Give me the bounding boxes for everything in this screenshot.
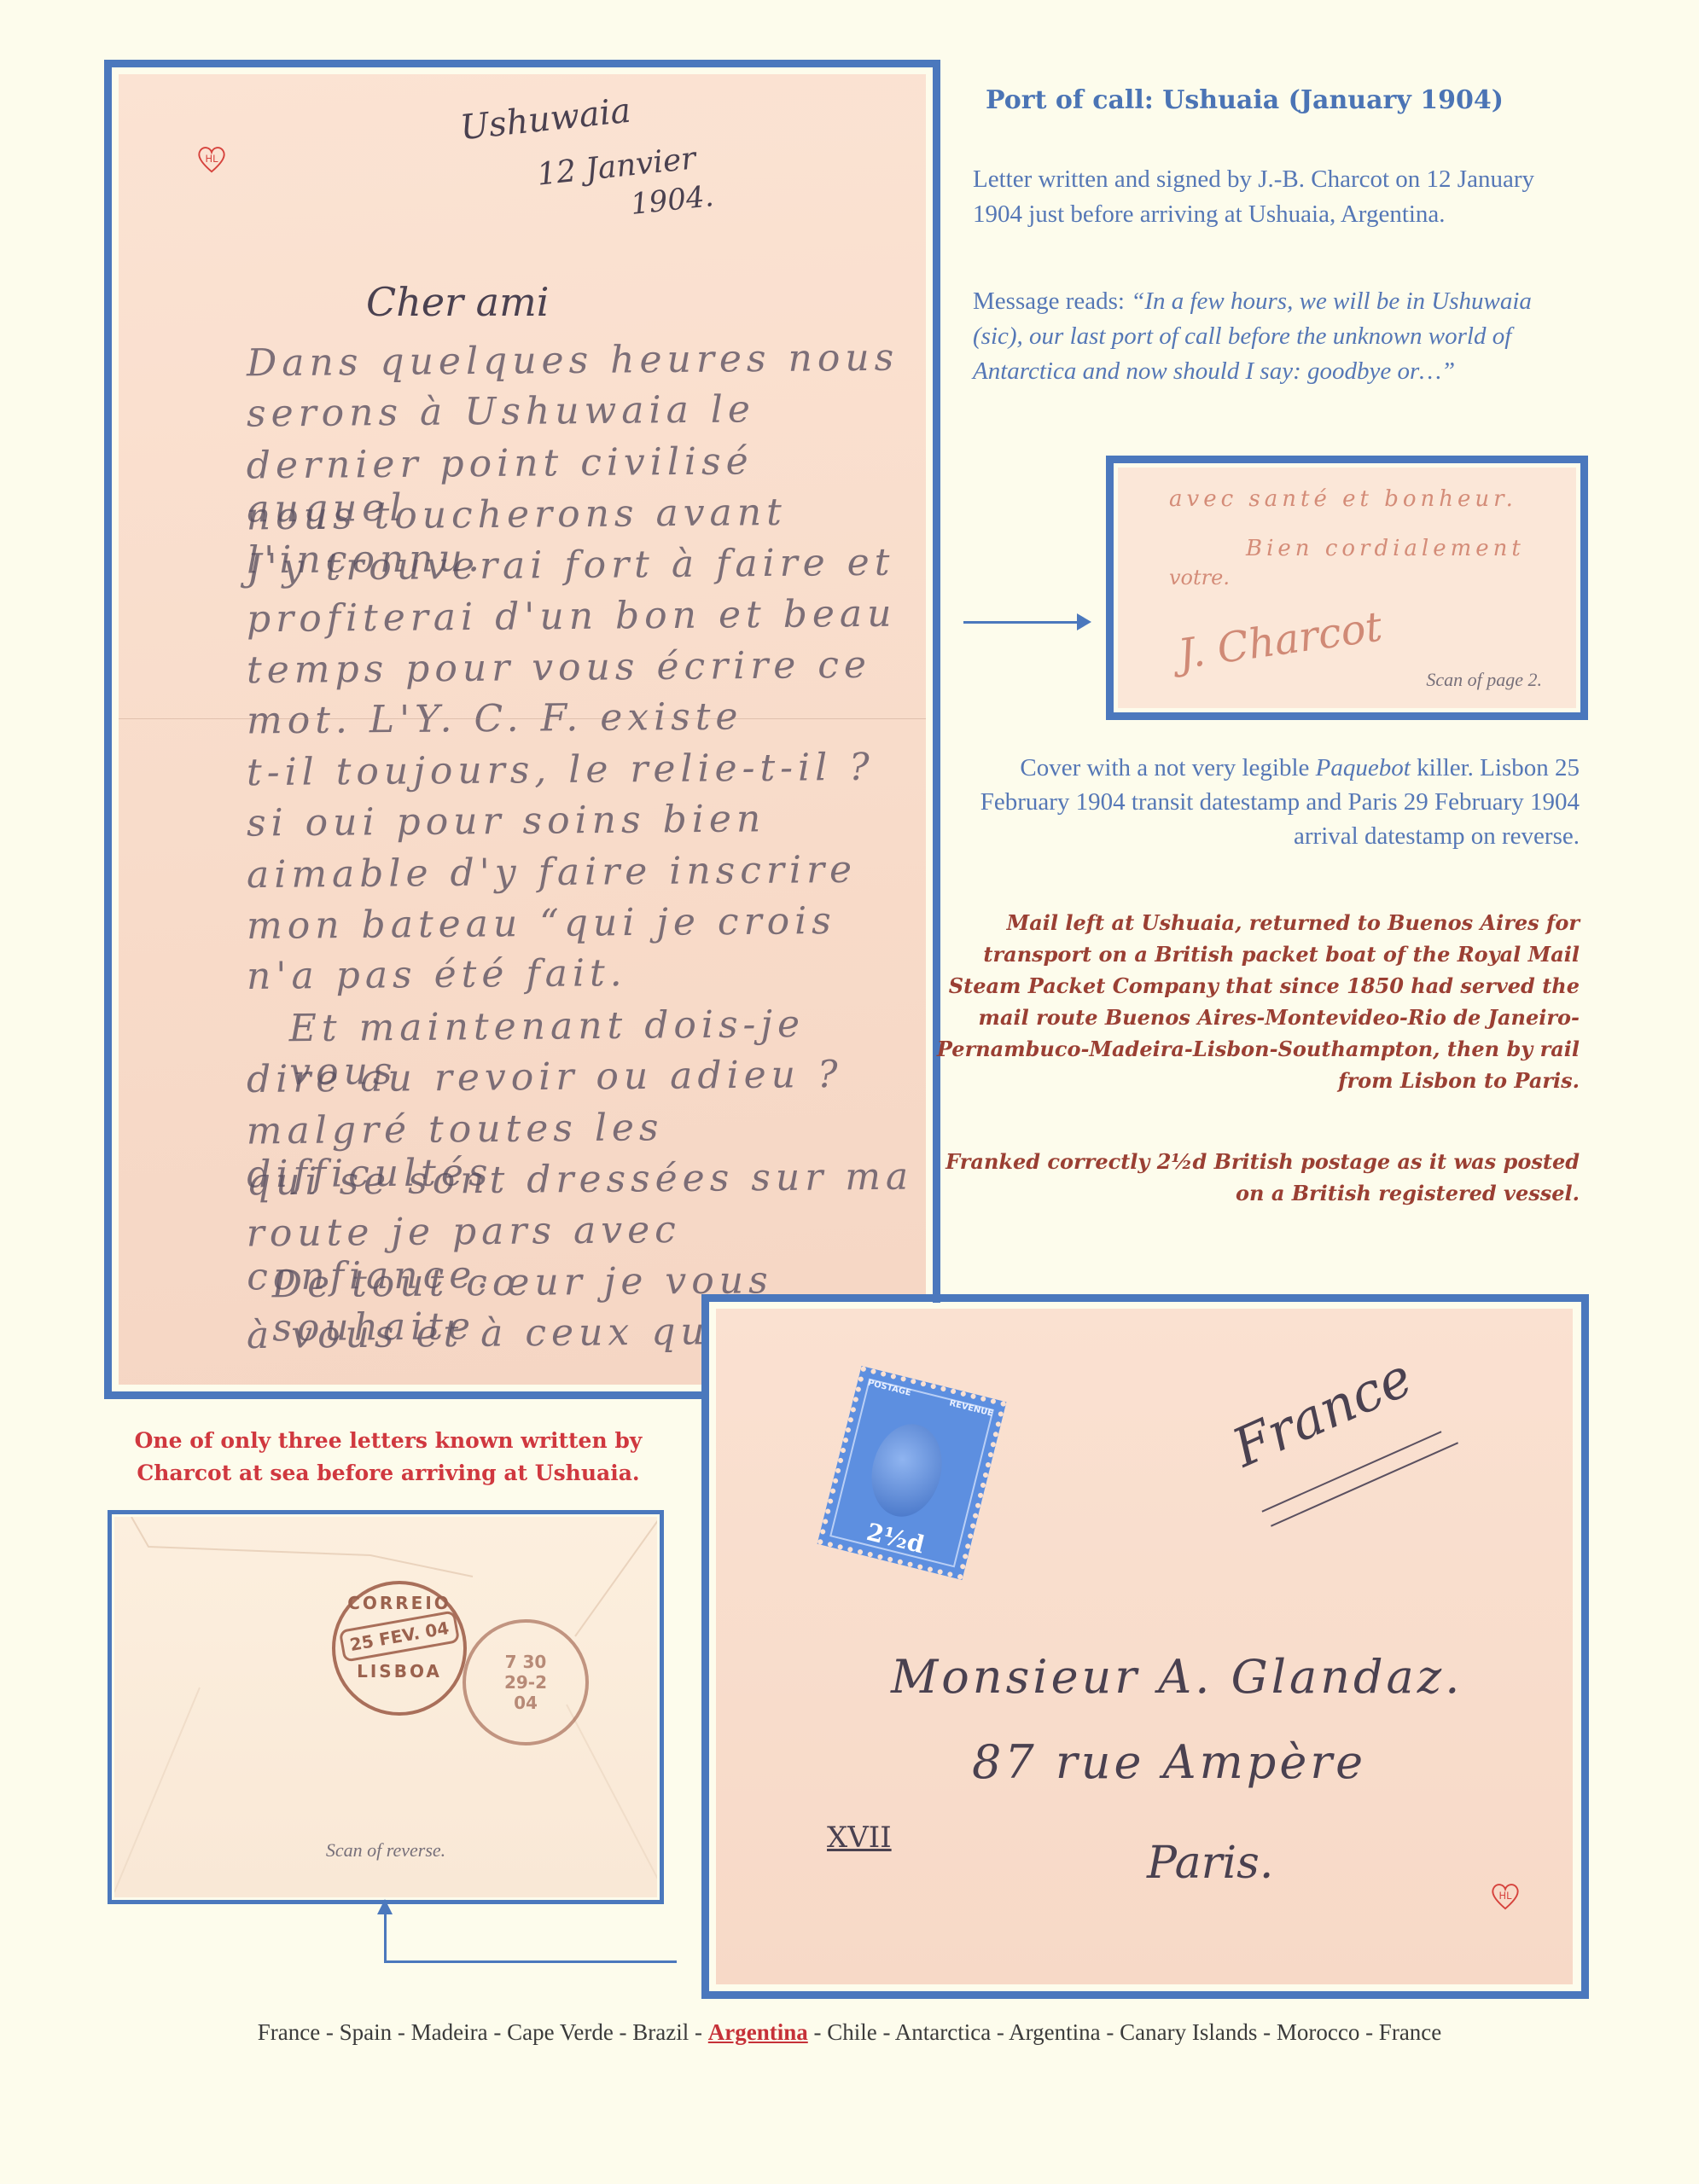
envelope-image: POSTAGEREVENUE 2½d France Monsieur A. Gl… bbox=[716, 1309, 1573, 1984]
expedition-route: France - Spain - Madeira - Cape Verde - … bbox=[0, 2019, 1699, 2046]
reverse-scan-frame: CORREIO 25 FEV. 04 LISBOA 7 30 29-2 04 S… bbox=[108, 1510, 664, 1904]
letter-line: aimable d'y faire inscrire bbox=[247, 848, 858, 897]
page2-caption: Scan of page 2. bbox=[1426, 669, 1542, 691]
cover-description: Cover with a not very legible Paquebot k… bbox=[948, 751, 1580, 853]
page2-scan-frame: avec santé et bonheur. Bien cordialement… bbox=[1106, 456, 1588, 720]
charcot-signature: J. Charcot bbox=[1175, 603, 1385, 679]
letter-line: n'a pas été fait. bbox=[247, 951, 627, 998]
letter-salutation: Cher ami bbox=[366, 279, 549, 325]
envelope-frame: POSTAGEREVENUE 2½d France Monsieur A. Gl… bbox=[701, 1294, 1589, 1999]
letter-description: Letter written and signed by J.-B. Charc… bbox=[973, 162, 1587, 232]
letter-line: serons à Ushuwaia le bbox=[247, 387, 755, 435]
mail-route-note: Mail left at Ushuaia, returned to Buenos… bbox=[931, 907, 1580, 1096]
svg-text:HL: HL bbox=[206, 153, 219, 165]
letter-line: Dans quelques heures nous bbox=[247, 336, 899, 386]
lisbon-postmark: CORREIO 25 FEV. 04 LISBOA bbox=[332, 1581, 467, 1716]
arrow-right-icon bbox=[1077, 613, 1091, 630]
page-title: Port of call: Ushuaia (January 1904) bbox=[986, 85, 1504, 115]
address-line-2: 87 rue Ampère bbox=[972, 1735, 1366, 1789]
letter-date-line2: 1904. bbox=[629, 179, 715, 222]
letter-place: Ushuwaia bbox=[458, 91, 632, 148]
routing-instruction: France bbox=[1224, 1345, 1422, 1479]
fold-line bbox=[119, 718, 926, 719]
current-route-stop[interactable]: Argentina bbox=[708, 2019, 808, 2045]
arrow-up-icon bbox=[377, 1899, 393, 1914]
letter-line: J'y trouverai fort à faire et bbox=[247, 541, 895, 590]
arrondissement: XVII bbox=[827, 1821, 892, 1855]
reverse-scan-image: CORREIO 25 FEV. 04 LISBOA 7 30 29-2 04 S… bbox=[114, 1517, 657, 1897]
address-line-3: Paris. bbox=[1147, 1838, 1273, 1889]
letter-line: mon bateau “qui je crois bbox=[247, 899, 836, 948]
letter-line: temps pour vous écrire ce bbox=[247, 643, 871, 692]
rarity-note: One of only three letters known written … bbox=[111, 1425, 666, 1490]
page2-scan-image: avec santé et bonheur. Bien cordialement… bbox=[1118, 468, 1576, 708]
message-description: Message reads: “In a few hours, we will … bbox=[973, 284, 1587, 389]
collector-heart-mark-icon: HL bbox=[1489, 1879, 1522, 1912]
postage-stamp: POSTAGEREVENUE 2½d bbox=[817, 1366, 1007, 1580]
letter-line: profiterai d'un bon et beau bbox=[247, 592, 897, 642]
reverse-caption: Scan of reverse. bbox=[114, 1839, 657, 1862]
address-line-1: Monsieur A. Glandaz. bbox=[891, 1650, 1463, 1704]
svg-text:HL: HL bbox=[1499, 1890, 1513, 1902]
letter-frame: HL Ushuwaia 12 Janvier 1904. Cher ami Da… bbox=[104, 60, 940, 1399]
postage-note: Franked correctly 2½d British postage as… bbox=[931, 1146, 1580, 1209]
paris-postmark: 7 30 29-2 04 bbox=[463, 1619, 589, 1745]
letter-line: qui se sont dressées sur ma bbox=[247, 1155, 914, 1205]
arrow-to-page2 bbox=[963, 621, 1079, 624]
letter-line: t-il toujours, le relie-t-il ? bbox=[247, 746, 875, 794]
collector-heart-mark-icon: HL bbox=[195, 142, 228, 175]
letter-image: HL Ushuwaia 12 Janvier 1904. Cher ami Da… bbox=[119, 74, 926, 1385]
letter-line: si oui pour soins bien bbox=[247, 797, 766, 845]
arrow-to-reverse bbox=[384, 1914, 387, 1962]
letter-line: dire au revoir ou adieu ? bbox=[247, 1053, 843, 1101]
